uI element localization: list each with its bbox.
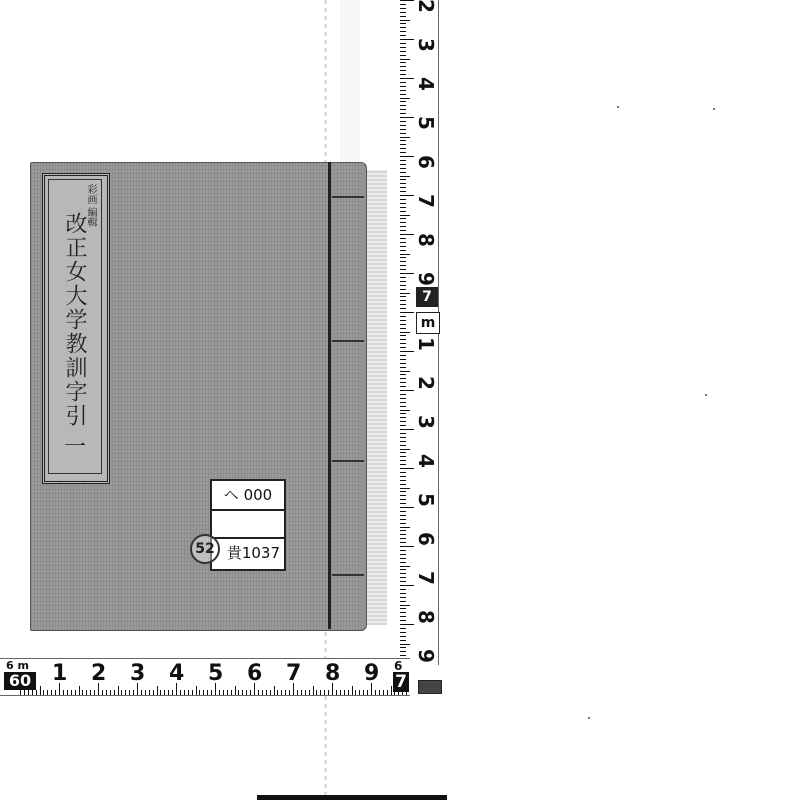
ruler-number: 5 [414,113,438,133]
ruler-tick [400,238,406,239]
ruler-tick [400,199,406,200]
library-stamp: 52 [190,534,220,564]
ruler-tick [67,690,68,695]
ruler-tick [219,690,220,695]
ruler-tick [400,530,406,531]
ruler-tick [400,203,406,204]
ruler-tick [400,105,406,106]
ruler-tick [400,78,414,79]
scan-bottom-edge [257,795,447,800]
ruler-tick [82,690,83,695]
ruler-tick [400,437,406,438]
ruler-tick [400,640,406,641]
dust-speck [705,394,707,396]
ruler-tick [400,367,406,368]
ruler-tick [121,690,122,695]
ruler-tick [400,507,414,508]
ruler-number: 9 [414,646,438,666]
ruler-number: 9 [364,661,379,686]
ruler-number: 6 [414,152,438,172]
ruler-tick [400,468,414,469]
ruler-tick [383,690,384,695]
ruler-tick [102,690,103,695]
ruler-tick [400,445,406,446]
ruler-tick [400,484,406,485]
ruler-tick [400,523,406,524]
ruler-tick [400,480,406,481]
ruler-tick [400,257,406,258]
ruler-tick [75,690,76,695]
ruler-tick [400,0,414,1]
ruler-tick [400,402,406,403]
ruler-badge: 60 [4,672,36,690]
ruler-tick [40,686,41,695]
ruler-tick [400,218,406,219]
ruler-number: 4 [414,451,438,471]
ruler-tick [400,429,414,430]
ruler-tick [400,608,406,609]
ruler-tick [400,230,406,231]
ruler-tick [400,601,406,602]
ruler-tick [400,304,406,305]
ruler-number: 3 [414,412,438,432]
ruler-tick [400,129,406,130]
ruler-number: 6 [414,529,438,549]
ruler-tick [141,690,142,695]
ruler-tick [400,86,406,87]
ruler-tick [168,690,169,695]
ruler-tick [400,269,406,270]
ruler-tick [400,191,406,192]
ruler-tick [400,62,406,63]
ruler-end-label: 6 [394,659,402,673]
ruler-tick [400,90,406,91]
ruler-tick [400,378,406,379]
ruler-tick [400,35,406,36]
ruler-tick [400,215,410,216]
ruler-tick [400,511,406,512]
ruler-tick [400,371,410,372]
ruler-tick [400,27,406,28]
ruler-tick [400,137,410,138]
ruler-tick [400,569,406,570]
ruler-tick [400,398,406,399]
ruler-tick [180,690,181,695]
ruler-tick [400,226,406,227]
ruler-tick [203,690,204,695]
ruler-tick [400,562,406,563]
ruler-tick [400,207,406,208]
ruler-tick [400,94,406,95]
ruler-tick [133,690,134,695]
ruler-tick [400,335,406,336]
ruler-tick [86,690,87,695]
ruler-tick [400,74,406,75]
ruler-tick [400,59,410,60]
ruler-tick [400,647,406,648]
ruler-tick [160,690,161,695]
ruler-tick [270,690,271,695]
ruler-tick [106,690,107,695]
ruler-tick [28,690,29,695]
ruler-tick [400,144,406,145]
ruler-number: 2 [414,0,438,16]
ruler-tick [400,293,410,294]
binding-stitch [332,340,364,342]
ruler-tick [400,273,414,274]
ruler-tick [400,289,406,290]
ruler-tick [400,464,406,465]
ruler-tick [114,690,115,695]
ruler-tick [400,390,414,391]
ruler-tick [352,686,353,695]
ruler-tick [149,690,150,695]
ruler-tick [164,690,165,695]
ruler-tick [188,690,189,695]
ruler-tick [400,242,406,243]
ruler-tick [400,382,406,383]
ruler-tick [348,690,349,695]
ruler-tick [400,4,406,5]
ruler-tick [47,690,48,695]
ruler-number: 5 [414,490,438,510]
horizontal-ruler: 123456789 [0,658,410,696]
ruler-tick [400,308,406,309]
ruler-number: 2 [414,373,438,393]
ruler-tick [400,425,406,426]
ruler-tick [400,148,406,149]
ruler-tick [400,620,406,621]
ruler-tick [367,690,368,695]
ruler-tick [400,491,406,492]
ruler-tick [400,449,410,450]
ruler-tick [400,343,406,344]
book-title: 改正女大学教訓字引 [58,212,88,428]
ruler-tick [125,690,126,695]
ruler-tick [344,690,345,695]
ruler-tick [400,339,406,340]
ruler-tick [400,542,406,543]
ruler-tick [400,300,406,301]
ruler-tick [375,690,376,695]
ruler-tick [400,421,406,422]
ruler-tick [79,686,80,695]
ruler-tick [71,690,72,695]
ruler-tick [324,690,325,695]
ruler-tick [400,359,406,360]
ruler-tick [211,690,212,695]
ruler-tick [277,690,278,695]
ruler-tick [400,550,406,551]
ruler-tick [400,164,406,165]
ruler-tick [110,690,111,695]
ruler-number: 8 [414,230,438,250]
ruler-tick [400,589,406,590]
ruler-tick [281,690,282,695]
ruler-tick [400,581,406,582]
ruler-tick [258,690,259,695]
ruler-number: 7 [414,568,438,588]
ruler-end-mark: 7 [393,672,409,692]
ruler-tick [400,70,406,71]
volume-number: 一 [64,430,86,461]
ruler-tick [192,690,193,695]
ruler-tick [400,176,410,177]
ruler-tick [400,394,406,395]
ruler-tick [246,690,247,695]
ruler-number: 7 [286,661,301,686]
ruler-tick [199,690,200,695]
ruler-tick [235,686,236,695]
binding-stitch [332,574,364,576]
ruler-tick [400,628,406,629]
ruler-tick [400,195,414,196]
ruler-number: 3 [130,661,145,686]
ruler-tick [285,690,286,695]
ruler-tick [400,66,406,67]
ruler-tick [400,250,406,251]
ruler-tick [400,566,410,567]
ruler-tick [24,690,25,695]
binding-stitch [332,196,364,198]
ruler-tick [36,690,37,695]
ruler-tick [400,39,414,40]
ruler-number: 4 [414,74,438,94]
ruler-tick [196,686,197,695]
ruler-tick [400,23,406,24]
ruler-tick [309,690,310,695]
ruler-tick [223,690,224,695]
ruler-tick [400,499,406,500]
ruler-tick [400,558,406,559]
ruler-tick [400,312,414,313]
ruler-tick [400,222,406,223]
ruler-number: 5 [208,661,223,686]
ruler-tick [400,113,406,114]
ruler-tick [90,690,91,695]
ruler-number: 1 [52,661,67,686]
ruler-tick [363,690,364,695]
label-row-1: ヘ 000 [212,481,284,511]
ruler-tick [400,386,406,387]
book-page-edges [365,170,387,625]
ruler-tick [400,410,410,411]
ruler-tick [400,328,406,329]
ruler-tick [43,690,44,695]
ruler-tick [336,690,337,695]
ruler-tick [400,246,406,247]
ruler-tick [400,281,406,282]
ruler-tick [301,690,302,695]
ruler-tick [400,527,410,528]
ruler-tick [172,690,173,695]
ruler-tick [400,554,406,555]
title-header-right: 彩画 [85,184,96,204]
ruler-number: 6 [247,661,262,686]
ruler-tick [262,690,263,695]
ruler-tick [55,690,56,695]
ruler-tick [238,690,239,695]
ruler-tick [400,655,406,656]
ruler-tick [359,690,360,695]
ruler-tick [400,573,406,574]
scan-artifact-shadow [340,0,360,165]
ruler-tick [400,20,410,21]
ruler-tick [400,109,406,110]
ruler-tick [231,690,232,695]
ruler-tick [400,406,406,407]
ruler-tick [400,417,406,418]
ruler-tick [400,636,406,637]
ruler-tick [391,686,392,695]
ruler-tick [400,519,406,520]
ruler-tick [400,546,414,547]
ruler-tick [63,690,64,695]
ruler-tick [305,690,306,695]
ruler-tick [400,324,406,325]
ruler-tick [400,55,406,56]
ruler-tick [400,117,414,118]
ruler-tick [400,593,406,594]
ruler-tick [400,316,406,317]
ruler-tick [184,690,185,695]
ruler-tick [400,597,406,598]
ruler-mark: 7 [416,287,438,307]
ruler-tick [297,690,298,695]
ruler-tick [242,690,243,695]
ruler-tick [400,31,406,32]
ruler-tick [400,156,414,157]
ruler-tick [400,332,410,333]
ruler-tick [400,277,406,278]
ruler-tick [400,285,406,286]
ruler-number: 8 [325,661,340,686]
ruler-tick [400,651,406,652]
ruler-tick [400,355,406,356]
ruler-tick [400,47,406,48]
ruler-number: 4 [169,661,184,686]
ruler-tick [400,612,406,613]
ruler-tick [316,690,317,695]
ruler-tick [32,690,33,695]
ruler-tick [355,690,356,695]
ruler-tick [400,234,414,235]
ruler-tick [400,374,406,375]
ruler-tick [320,690,321,695]
ruler-tick [400,261,406,262]
book-binding-line [328,162,331,629]
ruler-tick [400,101,406,102]
ruler-tick [400,534,406,535]
ruler-tick [400,476,406,477]
ruler-tick [266,690,267,695]
ruler-tick [400,320,406,321]
ruler-tick [400,644,410,645]
ruler-tick [400,187,406,188]
ruler-tick [400,16,406,17]
ruler-tick [400,515,406,516]
ruler-tick [379,690,380,695]
ruler-tick [400,456,406,457]
ruler-number: 7 [414,191,438,211]
ruler-tick [400,503,406,504]
ruler-tick [400,632,406,633]
ruler-tick [94,690,95,695]
ruler-tick [400,347,406,348]
ruler-tick [400,125,406,126]
ruler-number: 3 [414,35,438,55]
ruler-tick [400,254,410,255]
ruler-tick [400,363,406,364]
ruler-tick [400,51,406,52]
ruler-tick [400,585,414,586]
ruler-tick [400,296,406,297]
ruler-tick [400,140,406,141]
ruler-corner-tab [418,680,442,694]
label-row-3: 貴1037 [212,539,284,567]
ruler-tick [400,452,406,453]
dust-speck [617,106,619,108]
ruler-tick [400,152,406,153]
ruler-tick [400,441,406,442]
ruler-tick [400,472,406,473]
ruler-tick [157,686,158,695]
ruler-tick [400,538,406,539]
ruler-tick [400,179,406,180]
ruler-tick [400,12,406,13]
ruler-tick [400,413,406,414]
ruler-tick [400,133,406,134]
dust-speck [713,108,715,110]
ruler-number: 8 [414,607,438,627]
ruler-tick [400,351,414,352]
ruler-tick [400,577,406,578]
ruler-tick [400,495,406,496]
ruler-tick [328,690,329,695]
label-row-2 [212,511,284,539]
ruler-tick [400,121,406,122]
ruler-tick [400,265,406,266]
library-label: ヘ 000 貴1037 [210,479,286,571]
ruler-tick [340,690,341,695]
ruler-tick [145,690,146,695]
ruler-unit: m [416,312,440,334]
ruler-tick [51,690,52,695]
ruler-tick [274,686,275,695]
ruler-tick [400,605,410,606]
binding-stitch [332,460,364,462]
ruler-tick [400,98,410,99]
ruler-tick [400,43,406,44]
ruler-number: 2 [91,661,106,686]
ruler-tick [129,690,130,695]
ruler-number: 9 [414,269,438,289]
ruler-tick [207,690,208,695]
ruler-tick [400,160,406,161]
ruler-tick [400,616,406,617]
ruler-tick [227,690,228,695]
ruler-tick [313,686,314,695]
ruler-tick [400,8,406,9]
ruler-tick [400,460,406,461]
ruler-tick [153,690,154,695]
dust-speck [588,717,590,719]
ruler-tick [400,168,406,169]
ruler-tick [250,690,251,695]
ruler-tick [400,183,406,184]
ruler-number: 1 [414,334,438,354]
ruler-tick [400,172,406,173]
